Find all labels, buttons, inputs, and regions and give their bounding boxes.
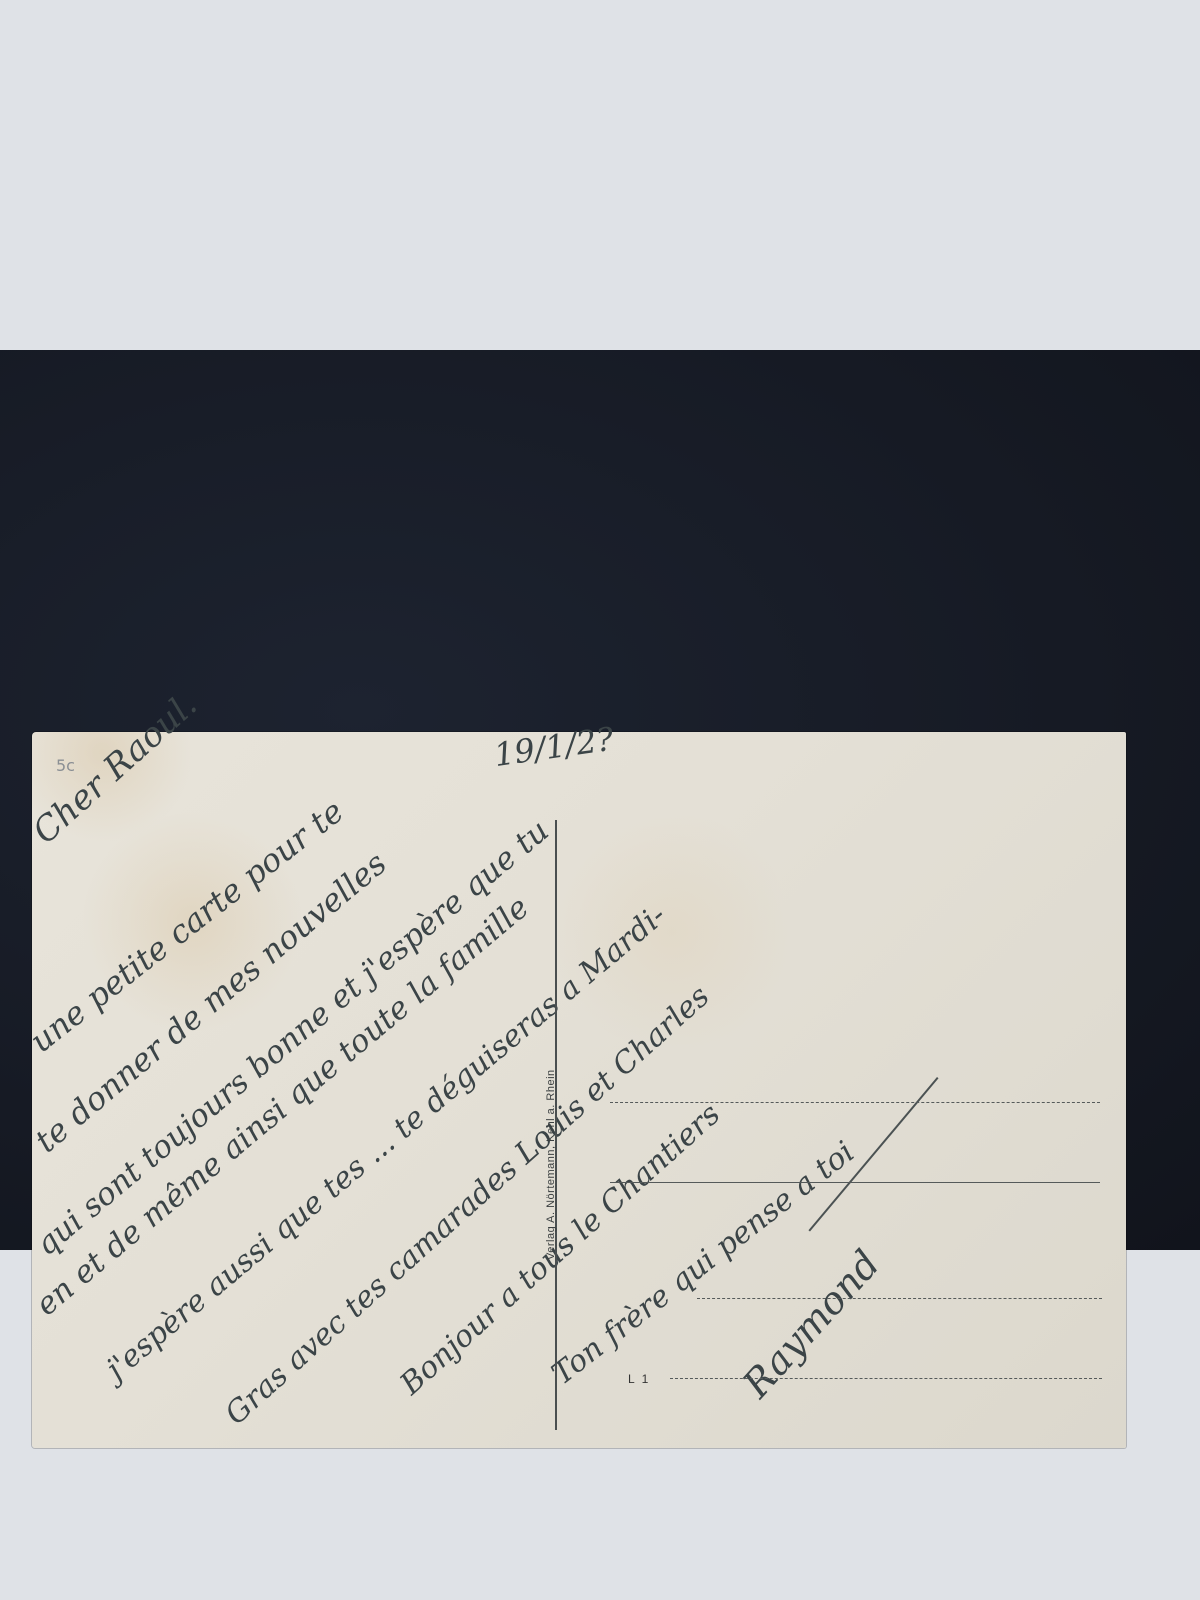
date-text: 19/1/2? <box>492 720 616 774</box>
photo-background: 5c 19/1/2? Cher Raoul. une petite carte … <box>0 350 1200 1250</box>
pencil-mark: 5c <box>56 756 75 775</box>
publisher-imprint: Verlag A. Nörtemann, Kehl a. Rhein <box>545 1069 557 1260</box>
postcard: 5c 19/1/2? Cher Raoul. une petite carte … <box>32 732 1126 1448</box>
signature: Raymond <box>734 1242 888 1406</box>
address-line-4 <box>670 1378 1102 1379</box>
message-line-1: Cher Raoul. <box>25 685 205 852</box>
address-line-1 <box>610 1102 1100 1103</box>
card-code: L 1 <box>628 1372 650 1386</box>
address-line-2 <box>610 1182 1100 1183</box>
address-line-3 <box>697 1298 1102 1299</box>
